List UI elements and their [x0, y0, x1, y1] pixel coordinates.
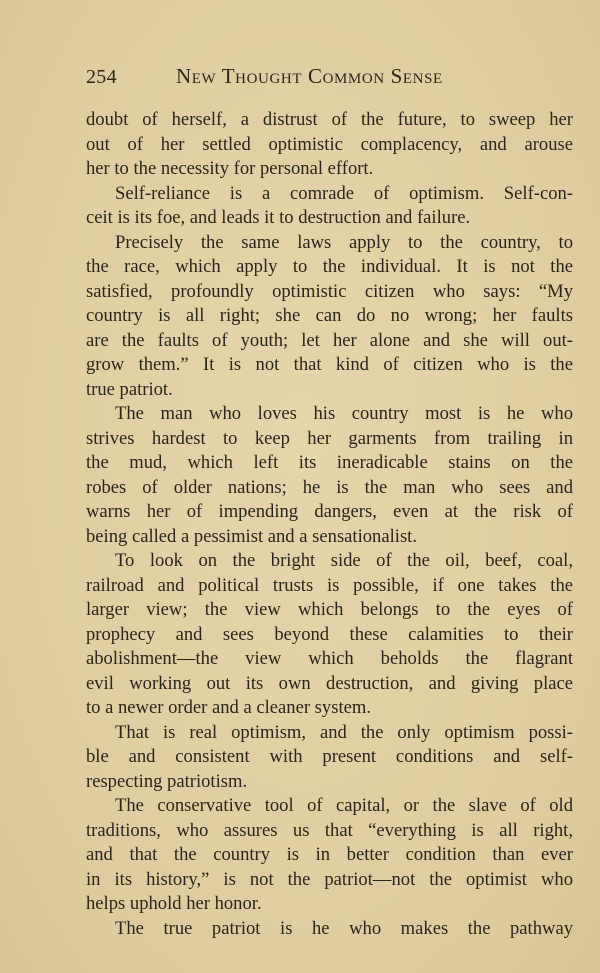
text-line: grow them.” It is not that kind of citiz…: [86, 353, 573, 378]
text-line: To look on the bright side of the oil, b…: [86, 549, 573, 574]
paragraph: Precisely the same laws apply to the cou…: [86, 231, 573, 403]
text-line: strives hardest to keep her garments fro…: [86, 427, 573, 452]
text-line: Precisely the same laws apply to the cou…: [86, 231, 573, 256]
paragraph: That is real optimism, and the only opti…: [86, 721, 573, 795]
body-text: doubt of herself, a distrust of the futu…: [86, 108, 573, 941]
text-line: and that the country is in better condit…: [86, 843, 573, 868]
text-line: ble and consistent with present conditio…: [86, 745, 573, 770]
text-line: her to the necessity for personal effort…: [86, 157, 573, 182]
paragraph: The conservative tool of capital, or the…: [86, 794, 573, 917]
text-line: larger view; the view which belongs to t…: [86, 598, 573, 623]
text-line: the mud, which left its ineradicable sta…: [86, 451, 573, 476]
text-line: railroad and political trusts is possibl…: [86, 574, 573, 599]
text-line: doubt of herself, a distrust of the futu…: [86, 108, 573, 133]
running-title: New Thought Common Sense: [176, 64, 443, 89]
text-line: out of her settled optimistic complacenc…: [86, 133, 573, 158]
running-head: 254 New Thought Common Sense: [86, 64, 573, 94]
book-page: 254 New Thought Common Sense doubt of he…: [86, 64, 573, 941]
text-line: ceit is its foe, and leads it to destruc…: [86, 206, 573, 231]
paragraph: doubt of herself, a distrust of the futu…: [86, 108, 573, 182]
text-line: being called a pessimist and a sensation…: [86, 525, 573, 550]
text-line: Self-reliance is a comrade of optimism. …: [86, 182, 573, 207]
text-line: That is real optimism, and the only opti…: [86, 721, 573, 746]
text-line: true patriot.: [86, 378, 573, 403]
text-line: abolishment—the view which beholds the f…: [86, 647, 573, 672]
text-line: in its history,” is not the patriot—not …: [86, 868, 573, 893]
paragraph: Self-reliance is a comrade of optimism. …: [86, 182, 573, 231]
text-line: warns her of impending dangers, even at …: [86, 500, 573, 525]
text-line: traditions, who assures us that “everyth…: [86, 819, 573, 844]
text-line: country is all right; she can do no wron…: [86, 304, 573, 329]
text-line: The true patriot is he who makes the pat…: [86, 917, 573, 942]
text-line: are the faults of youth; let her alone a…: [86, 329, 573, 354]
text-line: prophecy and sees beyond these calamitie…: [86, 623, 573, 648]
text-line: The man who loves his country most is he…: [86, 402, 573, 427]
text-line: robes of older nations; he is the man wh…: [86, 476, 573, 501]
text-line: to a newer order and a cleaner system.: [86, 696, 573, 721]
text-line: satisfied, profoundly optimistic citizen…: [86, 280, 573, 305]
text-line: The conservative tool of capital, or the…: [86, 794, 573, 819]
text-line: evil working out its own destruction, an…: [86, 672, 573, 697]
text-line: helps uphold her honor.: [86, 892, 573, 917]
paragraph: The man who loves his country most is he…: [86, 402, 573, 549]
paragraph: To look on the bright side of the oil, b…: [86, 549, 573, 721]
page-number: 254: [86, 66, 176, 89]
paragraph: The true patriot is he who makes the pat…: [86, 917, 573, 942]
text-line: respecting patriotism.: [86, 770, 573, 795]
text-line: the race, which apply to the individual.…: [86, 255, 573, 280]
